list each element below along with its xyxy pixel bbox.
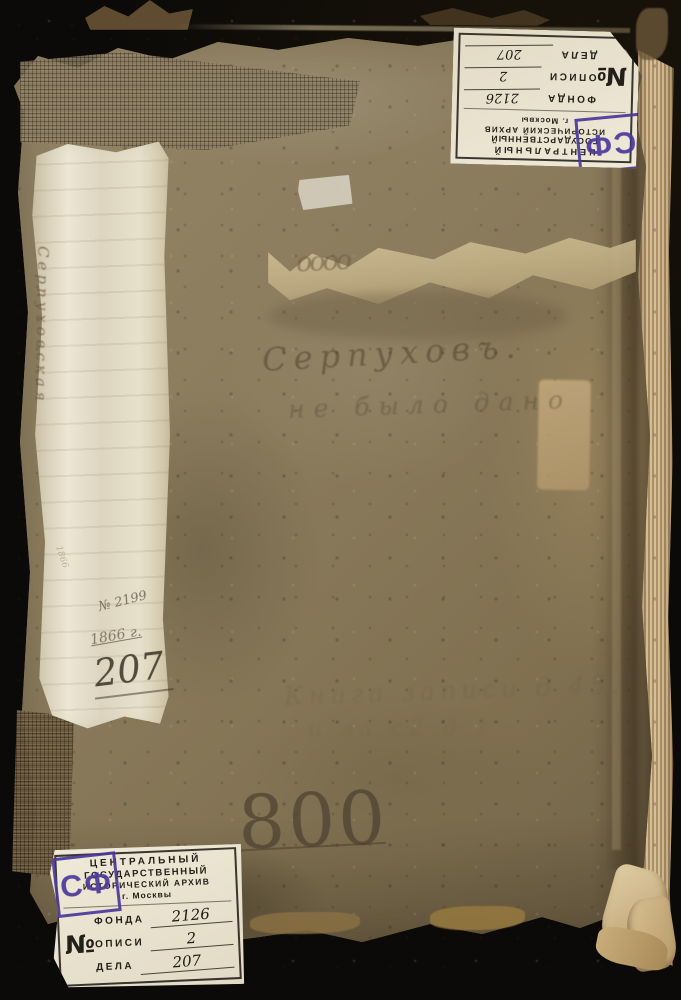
row-value: 207 [140,951,235,975]
archive-label-bottom: СФ ЦЕНТРАЛЬНЫЙ ГОСУДАРСТВЕННЫЙ ИСТОРИЧЕС… [49,842,247,992]
row-label: ФОНДА [94,914,145,929]
numero-symbol: № [595,44,629,111]
archive-stamp-top: СФ [574,113,645,175]
bottom-edge-fray [430,906,525,930]
row-value: 2 [465,66,542,82]
row-label: ФОНДА [545,90,596,104]
right-edge-tear-highlight [612,110,621,850]
label-row-delo: ДЕЛА 207 [465,44,597,62]
label-row-delo: ДЕЛА 207 [96,952,235,975]
row-value: 2126 [150,905,233,928]
row-value: 2126 [464,88,540,104]
row-label: ДЕЛА [96,961,135,976]
torn-edge-fragment [636,8,668,60]
numero-symbol: № [65,909,96,980]
right-edge-tear-shadow [604,70,638,870]
label-row-fond: ФОНДА 2126 [464,88,596,106]
row-value: 2 [150,928,234,951]
torn-edge-fragment [420,6,550,26]
label-row-opis: ОПИСИ 2 [464,66,596,84]
archive-stamp-bottom: СФ [51,851,121,918]
label-row-opis: ОПИСИ 2 [95,929,234,952]
bottom-edge-fray [250,912,360,934]
faded-handwriting-line2: и за с2 д 1 [308,714,496,742]
archive-label-top: СФ ЦЕНТРАЛЬНЫЙ ГОСУДАРСТВЕННЫЙ ИСТОРИЧЕС… [450,28,639,169]
row-value: 207 [465,44,553,60]
spine-case-number: 207 [89,643,173,699]
row-label: ОПИСИ [547,68,596,82]
row-label: ДЕЛА [559,46,597,60]
photo-backdrop: Серпуховская 1866 № 2199 1866 г. 207 ооо… [0,0,681,1000]
row-label: ОПИСИ [95,937,145,952]
pencil-loop-scribble: оооо [295,245,350,279]
